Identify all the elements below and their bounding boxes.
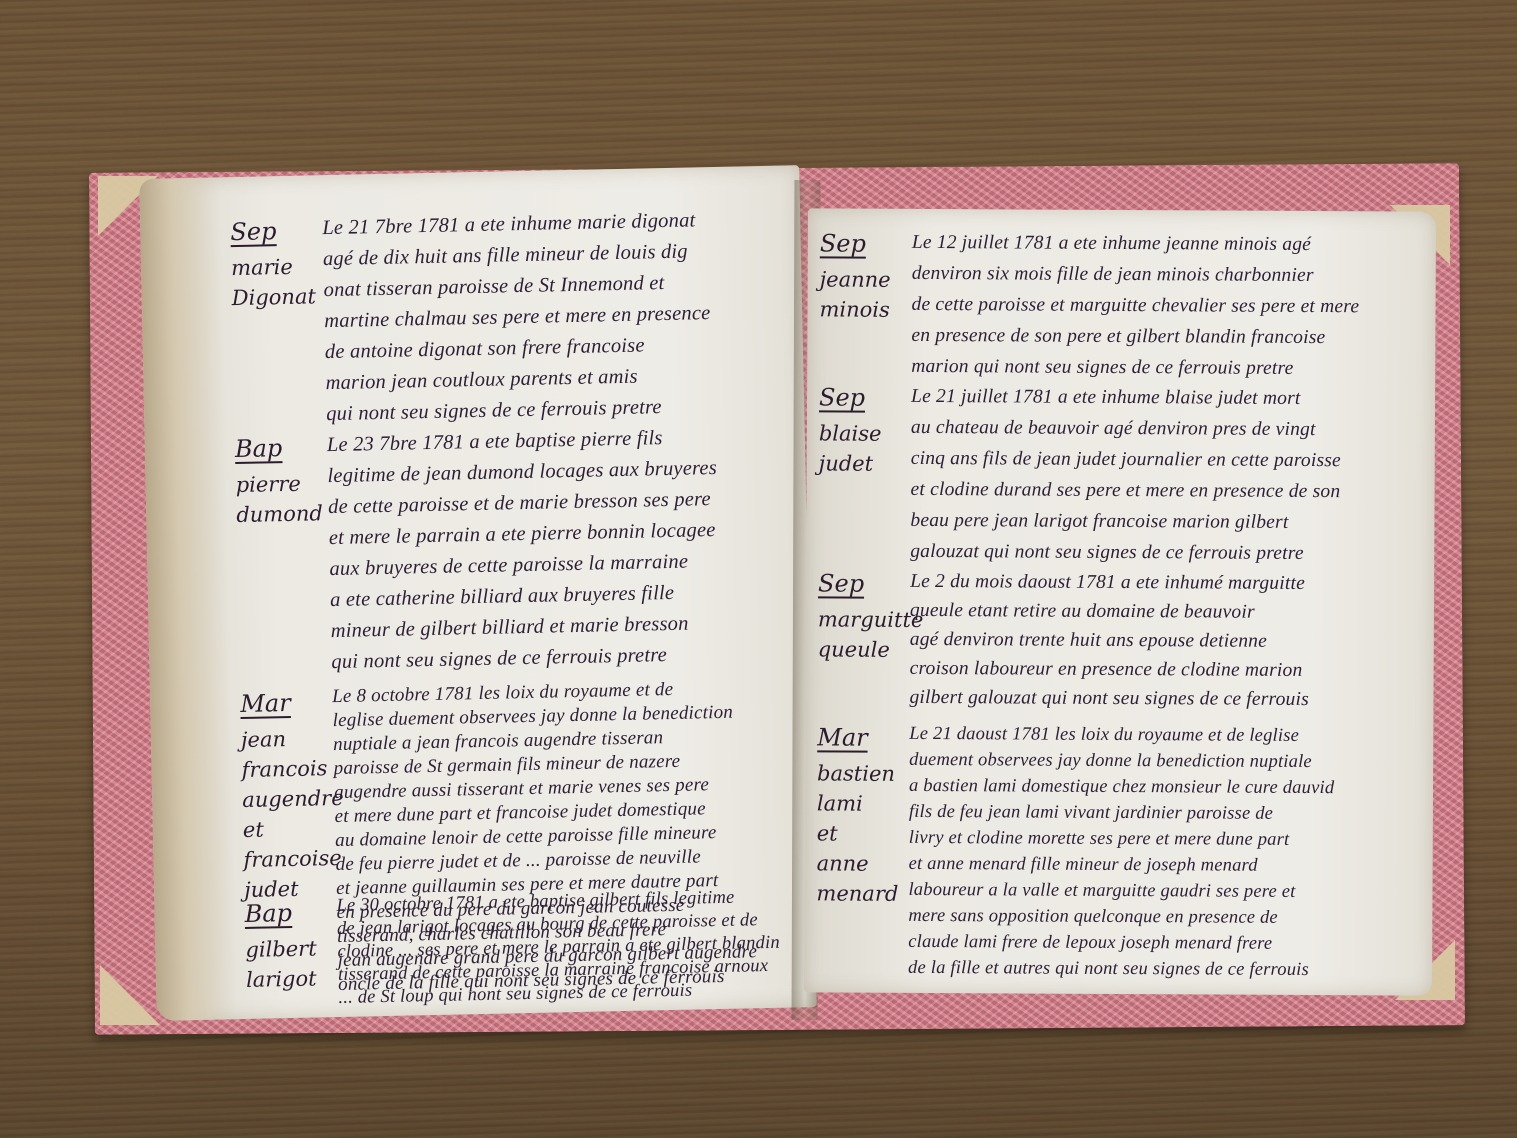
margin-name: jean — [241, 724, 287, 755]
text-line: en presence de son pere et gilbert bland… — [911, 320, 1429, 354]
text-line: de cette paroisse et marguitte chevalier… — [911, 289, 1429, 323]
left-page: Sep marie Digonat Le 21 7bre 1781 a ete … — [139, 165, 816, 1021]
margin-name: blaise — [819, 418, 882, 448]
margin-name: Digonat — [231, 281, 316, 313]
text-line: marion qui nont seu signes de ce ferroui… — [911, 351, 1429, 385]
text-line: queule etant retire au domaine de beauvo… — [910, 596, 1428, 628]
entry-type-label: Sep — [230, 216, 277, 247]
register-entry: Mar bastien lami et anne menard Le 21 da… — [816, 720, 1427, 983]
entry-type-label: Mar — [817, 722, 868, 752]
entry-text: Le 12 juillet 1781 a ete inhume jeanne m… — [911, 227, 1430, 385]
margin-name: bastien — [817, 758, 895, 788]
register-entry: Bap pierre dumond Le 23 7bre 1781 a ete … — [235, 420, 800, 680]
margin-name: marguitte — [818, 604, 924, 635]
text-line: gilbert galouzat qui nont seu signes de … — [909, 683, 1427, 715]
text-line: Le 21 juillet 1781 a ete inhume blaise j… — [911, 381, 1429, 415]
margin-heading: Sep blaise judet — [818, 380, 911, 566]
entry-type-label: Sep — [818, 568, 864, 598]
margin-name: queule — [818, 634, 890, 664]
margin-name: anne — [817, 848, 869, 878]
entry-text: Le 21 juillet 1781 a ete inhume blaise j… — [910, 381, 1429, 570]
margin-heading: Sep marie Digonat — [230, 213, 327, 432]
entry-text: Le 2 du mois daoust 1781 a ete inhumé ma… — [909, 567, 1428, 715]
margin-heading: Sep marguitte queule — [817, 566, 910, 711]
entry-type-label: Mar — [240, 688, 291, 719]
margin-name: marie — [231, 252, 293, 283]
margin-name: judet — [819, 448, 874, 478]
entry-text: Le 21 daoust 1781 les loix du royaume et… — [908, 721, 1427, 984]
entry-type-label: Sep — [819, 382, 865, 412]
text-line: et clodine durand ses pere et mere en pr… — [911, 474, 1429, 508]
register-entry: Bap gilbert larigot Le 30 octobre 1781 a… — [244, 885, 806, 1012]
entry-text: Le 23 7bre 1781 a ete baptise pierre fil… — [327, 420, 800, 678]
text-line: au chateau de beauvoir agé denviron pres… — [911, 412, 1429, 446]
margin-name: jeanne — [820, 264, 891, 294]
text-line: duement observees jay donne la benedicti… — [909, 747, 1427, 776]
margin-name: lami — [817, 788, 863, 818]
margin-name: augendre — [242, 783, 344, 815]
text-line: croison laboureur en presence de clodine… — [910, 654, 1428, 686]
text-line: livry et clodine morette ses pere et mer… — [909, 825, 1427, 854]
text-line: et anne menard fille mineur de joseph me… — [909, 851, 1427, 880]
text-line: a bastien lami domestique chez monsieur … — [909, 773, 1427, 802]
text-line: claude lami frere de lepoux joseph menar… — [908, 929, 1426, 958]
text-line: cinq ans fils de jean judet journalier e… — [911, 443, 1429, 477]
text-line: laboureur a la valle et marguitte gaudri… — [908, 877, 1426, 906]
text-line: agé denviron trente huit ans epouse deti… — [910, 625, 1428, 657]
text-line: Le 12 juillet 1781 a ete inhume jeanne m… — [912, 227, 1430, 261]
margin-heading: Mar bastien lami et anne menard — [816, 720, 909, 980]
margin-name: et — [243, 815, 264, 845]
margin-name: larigot — [246, 963, 317, 994]
text-line: Le 2 du mois daoust 1781 a ete inhumé ma… — [910, 567, 1428, 599]
margin-heading: Sep jeanne minois — [819, 226, 912, 381]
margin-name: dumond — [236, 498, 323, 530]
text-line: de la fille et autres qui nont seu signe… — [908, 955, 1426, 984]
margin-name: francoise — [243, 843, 342, 875]
margin-name: gilbert — [245, 933, 317, 964]
entry-type-label: Bap — [244, 898, 292, 929]
register-entry: Sep jeanne minois Le 12 juillet 1781 a e… — [819, 226, 1430, 384]
text-line: Le 21 daoust 1781 les loix du royaume et… — [909, 721, 1427, 750]
text-line: galouzat qui nont seu signes de ce ferro… — [910, 536, 1428, 570]
margin-name: menard — [816, 878, 898, 908]
text-line: fils de feu jean lami vivant jardinier p… — [909, 799, 1427, 828]
margin-name: francois — [241, 753, 327, 785]
margin-heading: Bap pierre dumond — [235, 430, 332, 680]
margin-name: minois — [819, 294, 889, 324]
margin-heading: Bap gilbert larigot — [244, 895, 338, 1012]
register-entry: Sep marguitte queule Le 2 du mois daoust… — [817, 566, 1428, 714]
margin-name: pierre — [235, 469, 301, 500]
entry-type-label: Bap — [235, 433, 283, 464]
text-line: denviron six mois fille de jean minois c… — [912, 258, 1430, 292]
text-line: mere sans opposition quelconque en prese… — [908, 903, 1426, 932]
text-line: beau pere jean larigot francoise marion … — [910, 505, 1428, 539]
entry-text: Le 30 octobre 1781 a ete baptise gilbert… — [336, 885, 806, 1010]
entry-text: Le 21 7bre 1781 a ete inhume marie digon… — [322, 203, 794, 430]
right-page: Sep jeanne minois Le 12 juillet 1781 a e… — [804, 208, 1436, 995]
register-entry: Sep blaise judet Le 21 juillet 1781 a et… — [818, 380, 1429, 569]
margin-name: et — [817, 818, 838, 848]
entry-type-label: Sep — [820, 228, 866, 258]
register-entry: Sep marie Digonat Le 21 7bre 1781 a ete … — [230, 203, 794, 432]
